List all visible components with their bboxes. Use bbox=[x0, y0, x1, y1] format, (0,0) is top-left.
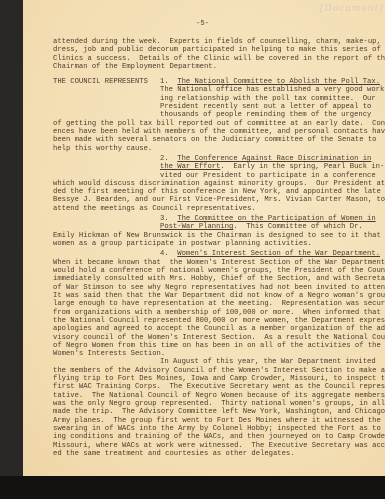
item-title: Women's Interest Section of the War Depa… bbox=[177, 250, 380, 258]
scan-edge-strip bbox=[0, 0, 23, 476]
text-line: from organizations with a membership of … bbox=[53, 309, 371, 317]
text-line: visory council of the Women's Interest S… bbox=[53, 334, 371, 342]
text-line: would hold a conference of national wome… bbox=[53, 267, 371, 275]
text-line: flying trip to Fort Des Moines, Iowa and… bbox=[53, 375, 371, 383]
section-heading: THE COUNCIL REPRESENTS bbox=[53, 78, 148, 86]
closing-paragraph: the members of the Advisory Council of t… bbox=[53, 367, 371, 459]
item-2-body: which would discuss discrimination again… bbox=[53, 180, 371, 213]
text-line: Bessye J. Bearden, and our First Vice-Pr… bbox=[53, 196, 371, 204]
item-title: The Committee on the Participation of Wo… bbox=[177, 215, 375, 223]
item-title: The National Committee to Abolish the Po… bbox=[177, 78, 380, 86]
text-line: of War Stimson to see why Negro represen… bbox=[53, 284, 371, 292]
text-line: the National Council represented 800,000… bbox=[53, 317, 371, 325]
text-line: When it became known that the Women's In… bbox=[53, 259, 371, 267]
text-line: Chairman of the Employment Department. bbox=[53, 63, 371, 71]
text-line: dress, job and public decorum participat… bbox=[53, 46, 371, 54]
text-line: apologies and agreed to accept the Counc… bbox=[53, 325, 371, 333]
text-line: Missouri, where WACs at work were witnes… bbox=[53, 442, 371, 450]
text-line: ences have been held with members of the… bbox=[53, 128, 371, 136]
item-1-indented: 1. The National Committee to Abolish the… bbox=[160, 78, 370, 120]
text-line: Emily Hickman of New Brunswick is the Ch… bbox=[53, 232, 371, 240]
text-line: Clinics a success. Details of the Clinic… bbox=[53, 55, 371, 63]
item-title-cont: the War Effort bbox=[160, 163, 220, 171]
text-line: been made with several senators on the J… bbox=[53, 136, 371, 144]
closing-first-line: In August of this year, the War Departme… bbox=[160, 358, 370, 366]
text-line: large enough to have representation at t… bbox=[53, 300, 371, 308]
item-3-indented: 3. The Committee on the Participation of… bbox=[160, 215, 370, 232]
text-line: Army planes. The group first went to For… bbox=[53, 417, 371, 425]
item-4-body: When it became known that the Women's In… bbox=[53, 259, 371, 359]
item-1-body: of getting the poll tax bill reported ou… bbox=[53, 120, 371, 153]
text-line: immediately consulted with Mrs. Hobby, C… bbox=[53, 275, 371, 283]
text-line: tative. The National Council of Negro Wo… bbox=[53, 392, 371, 400]
text-line: The National office has established a ve… bbox=[160, 86, 370, 94]
item-title-cont: Post-War Planning bbox=[160, 223, 233, 231]
text-line: thousands of people reminding them of th… bbox=[160, 111, 370, 119]
item-3-body: Emily Hickman of New Brunswick is the Ch… bbox=[53, 232, 371, 249]
text-line: the members of the Advisory Council of t… bbox=[53, 367, 371, 375]
text-line: made the trip. The Advisory Committee le… bbox=[53, 408, 371, 416]
intro-paragraph: attended during the week. Experts in fie… bbox=[53, 38, 371, 71]
text-line: first WAC Training Corps. The Executive … bbox=[53, 383, 371, 391]
text-line: ing relationship with the poll tax commi… bbox=[160, 95, 370, 103]
item-number: 4. bbox=[160, 250, 169, 258]
item-title: The Conference Against Race Discriminati… bbox=[177, 155, 371, 163]
text-line: It was said then that the War Department… bbox=[53, 292, 371, 300]
item-number: 2. bbox=[160, 155, 169, 163]
item-number: 3. bbox=[160, 215, 169, 223]
item-2-indented: 2. The Conference Against Race Discrimin… bbox=[160, 155, 370, 180]
page-number: -5- bbox=[196, 20, 209, 28]
text-line: ed the same treatment and courtesies as … bbox=[53, 450, 371, 458]
text-line: ded the first meeting of this conference… bbox=[53, 188, 371, 196]
text-line: which would discuss discrimination again… bbox=[53, 180, 371, 188]
text-line: women as a group participate in postwar … bbox=[53, 240, 371, 248]
text-line: President recently sent out a letter of … bbox=[160, 103, 370, 111]
text-line: was the only Negro group represented. Th… bbox=[53, 400, 371, 408]
text-line: ing conditions and training of the WACs,… bbox=[53, 433, 371, 441]
text-line: of getting the poll tax bill reported ou… bbox=[53, 120, 371, 128]
text-line: attend the meetings as Council represent… bbox=[53, 205, 371, 213]
archive-stamp: [Document] bbox=[320, 4, 384, 14]
text-line: swearing in of WACs into the Army by Col… bbox=[53, 425, 371, 433]
item-4-indented: 4. Women's Interest Section of the War D… bbox=[160, 250, 370, 258]
item-number: 1. bbox=[160, 78, 169, 86]
text-line: attended during the week. Experts in fie… bbox=[53, 38, 371, 46]
text-line: help this worthy cause. bbox=[53, 145, 371, 153]
text-line: of Negro Women from this time on has bee… bbox=[53, 342, 371, 350]
